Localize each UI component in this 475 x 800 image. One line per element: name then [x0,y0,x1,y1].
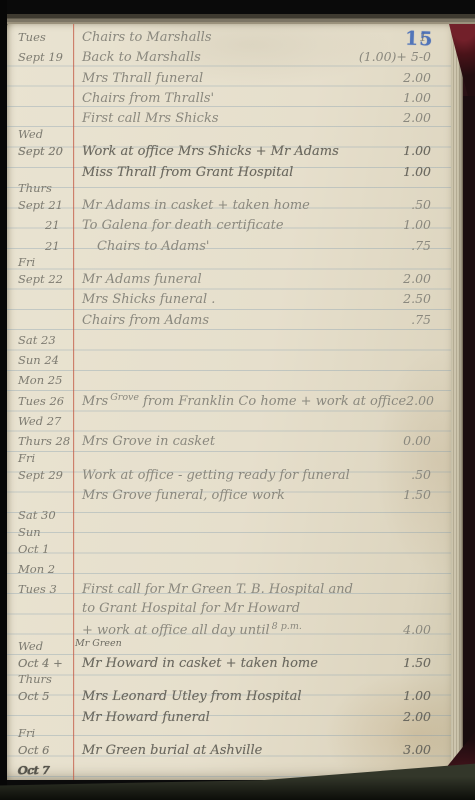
page-stack-edge [451,24,463,772]
row-inline-annotation: Grove [110,388,139,408]
row-description-continued: from Franklin Co home + work at office [141,392,406,412]
ledger-row: Miss Thrall from Grant Hospital 1.00 [7,162,451,182]
row-date: Sat 30 [7,505,73,525]
row-amount: 1.50 [403,485,451,505]
ledger-row: Mr Howard funeral 2.00 [7,707,451,727]
row-description: First call for Mr Green T. B. Hospital a… [73,580,353,600]
row-date: Thurs [7,673,73,686]
ledger-row: Thurs [7,673,451,686]
row-amount: 3.00 [403,740,451,760]
row-date: Fri [7,256,73,269]
row-amount: .75 [411,310,451,330]
ledger-row: Fri [7,452,451,465]
row-description: Mr Howard in casket + taken home [73,654,318,674]
ledger-page: Tues Chairs to Marshalls 1. Sept 19 Back… [7,22,451,780]
ledger-row: Sept 29 Work at office - getting ready f… [7,465,451,485]
ledger-row: WedMr Green [7,640,451,653]
row-date: Oct 4 + [7,653,73,673]
ledger-row: Sept 20 Work at office Mrs Shicks + Mr A… [7,141,451,161]
ledger-row: Thurs 28 Mrs Grove in casket 0.00 [7,431,451,451]
row-description: Mrs Grove in casket [73,432,215,452]
ledger-row: 21 To Galena for death certificate 1.00 [7,215,451,235]
row-amount: 1.00 [403,215,451,235]
ledger-row: Sun [7,526,451,539]
row-description: Mrs Shicks funeral . [73,290,215,310]
row-amount: 2.00 [403,108,451,128]
ledger-row: Chairs from Adams .75 [7,310,451,330]
row-date: Oct 1 [7,539,73,559]
ledger-row: Thurs [7,182,451,195]
row-description: Chairs to Marshalls [73,28,212,48]
row-amount: .75 [411,236,451,256]
ledger-row: Fri [7,727,451,740]
ledger-row: Sept 22 Mr Adams funeral 2.00 [7,269,451,289]
ledger-row: Sun 24 [7,350,451,370]
row-description: First call Mrs Shicks [73,109,219,129]
row-date: Mon 25 [7,370,73,390]
row-amount: .50 [411,465,451,485]
row-date: Sept 20 [7,141,73,161]
row-date: Tues 3 [7,579,73,599]
ledger-row: Wed [7,128,451,141]
ledger-row: Sat 23 [7,330,451,350]
row-amount: 2.00 [406,391,451,411]
book-spine-gutter [0,0,7,800]
row-date: 21 [7,215,73,235]
row-inline-annotation: 8 p.m. [272,617,302,637]
ledger-row: Wed 27 [7,411,451,431]
ledger-row: + work at office all day until8 p.m. 4.0… [7,620,451,640]
ledger-row: Oct 6 Mr Green burial at Ashville 3.00 [7,740,451,760]
row-description: Mrs Thrall funeral [73,69,203,89]
ledger-row: to Grant Hospital for Mr Howard [7,599,451,619]
row-description: Work at office Mrs Shicks + Mr Adams [73,142,339,162]
row-amount: .50 [411,195,451,215]
row-description: Mr Howard funeral [73,708,210,728]
row-description: Mr Adams in casket + taken home [73,196,310,216]
row-amount: (1.00)+ 5-0 [359,47,451,67]
row-description: Miss Thrall from Grant Hospital [73,163,293,183]
row-amount: 2.00 [403,269,451,289]
row-description: Chairs from Adams [73,311,209,331]
row-description: Mrs Leonard Utley from Hospital [73,687,302,707]
row-amount: 1.50 [403,653,451,673]
row-date: Sept 29 [7,465,73,485]
row-date: Sun 24 [7,350,73,370]
ledger-row: Oct 4 + Mr Howard in casket + taken home… [7,653,451,673]
row-date: Thurs [7,182,73,195]
row-amount: 1.00 [403,141,451,161]
ledger-row: Oct 5 Mrs Leonard Utley from Hospital 1.… [7,686,451,706]
row-amount: 1.00 [403,88,451,108]
row-date: Tues [7,27,73,47]
row-description: Work at office - getting ready for funer… [73,466,350,486]
ledger-row: Mrs Grove funeral, office work 1.50 [7,485,451,505]
row-description: Chairs from Thralls' [73,89,214,109]
row-description: Mrs [73,392,108,412]
row-description: Back to Marshalls [73,48,201,68]
row-date: Thurs 28 [7,431,73,451]
ledger-row: Sat 30 [7,505,451,525]
ledger-row: Chairs from Thralls' 1.00 [7,88,451,108]
row-date: Mon 2 [7,559,73,579]
row-amount: 1.00 [403,162,451,182]
row-date: Wed [7,128,73,141]
row-amount: 2.00 [403,707,451,727]
row-date: Fri [7,727,73,740]
row-date: Sun [7,526,73,539]
row-amount: 2.00 [403,68,451,88]
row-date: Tues 26 [7,391,73,411]
row-description: To Galena for death certificate [73,216,284,236]
row-date: Wed [7,640,73,653]
row-description: Mr Adams funeral [73,270,202,290]
ledger-row: 21 Chairs to Adams' .75 [7,236,451,256]
row-amount: 0.00 [403,431,451,451]
ledger-row: Tues 26 MrsGrovefrom Franklin Co home + … [7,391,451,411]
ledger-row: Tues Chairs to Marshalls 1. [7,27,451,47]
ledger-row: Mon 25 [7,370,451,390]
ledger-book: Tues Chairs to Marshalls 1. Sept 19 Back… [0,0,475,800]
row-date: Sat 23 [7,330,73,350]
book-cover-edge [463,0,475,800]
row-date: Sept 22 [7,269,73,289]
row-date: Fri [7,452,73,465]
ledger-row: Mon 2 [7,559,451,579]
row-date: Oct 5 [7,686,73,706]
ledger-row: Mrs Shicks funeral . 2.50 [7,289,451,309]
row-amount: 4.00 [403,620,451,640]
ledger-row: Fri [7,256,451,269]
row-date: Sept 19 [7,47,73,67]
ledger-row: Sept 21 Mr Adams in casket + taken home … [7,195,451,215]
row-amount: 1.00 [403,686,451,706]
row-date: 21 [7,236,73,256]
row-date: Oct 7 [7,760,73,780]
book-top-edge [0,0,475,24]
ledger-row: Oct 1 [7,539,451,559]
ledger-row: First call Mrs Shicks 2.00 [7,108,451,128]
row-date: Sept 21 [7,195,73,215]
row-description: Mr Green burial at Ashville [73,741,262,761]
page-number-stamp: 15 [405,28,434,51]
ledger-entries: Tues Chairs to Marshalls 1. Sept 19 Back… [7,27,451,780]
row-date: Oct 6 [7,740,73,760]
row-date: Wed 27 [7,411,73,431]
ledger-row: Tues 3 First call for Mr Green T. B. Hos… [7,579,451,599]
ledger-row: Sept 19 Back to Marshalls (1.00)+ 5-0 [7,47,451,67]
row-description: to Grant Hospital for Mr Howard [73,599,300,619]
row-description: Chairs to Adams' [73,237,209,257]
row-amount: 2.50 [403,289,451,309]
ledger-row: Mrs Thrall funeral 2.00 [7,68,451,88]
row-description: Mrs Grove funeral, office work [73,486,285,506]
row-date-annotation: Mr Green [75,637,122,650]
